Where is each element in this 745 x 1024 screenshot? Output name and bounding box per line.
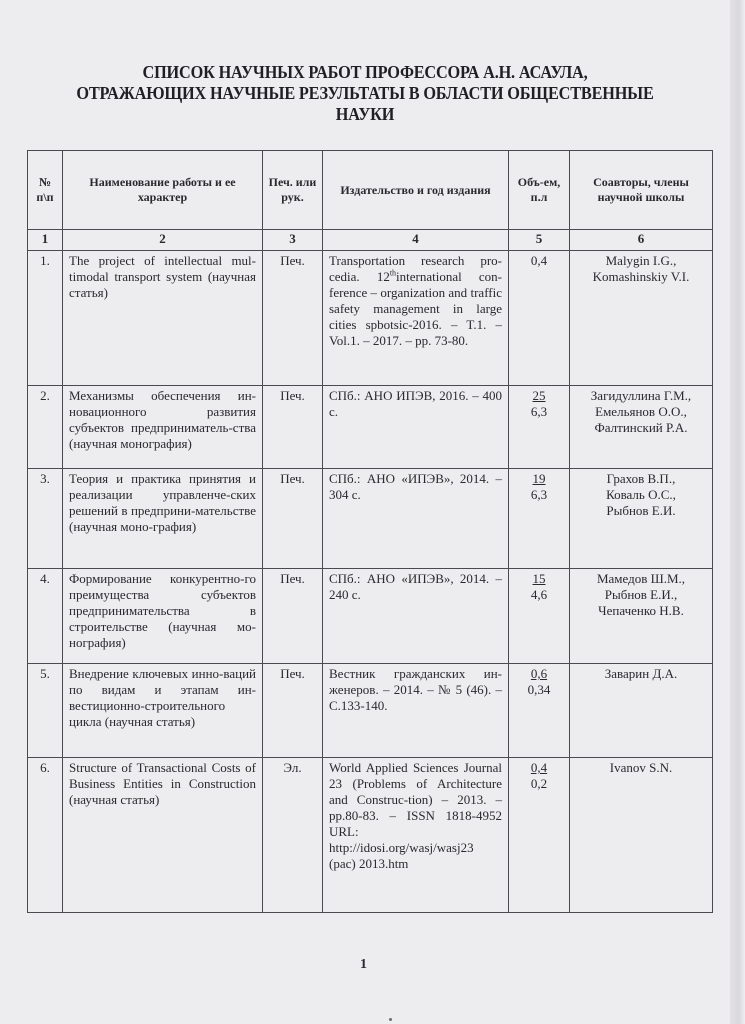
volume-total: 15 [515,571,563,587]
volume-author: 6,3 [531,487,547,502]
work-publisher: Transportation research pro-cedia. 12thi… [323,251,509,386]
work-title: Механизмы обеспечения ин-новационного ра… [63,386,263,469]
work-kind: Печ. [263,251,323,386]
work-title: The project of intellectual mul-timodal … [63,251,263,386]
volume-author: 0,34 [528,682,551,697]
header-title: Наименование работы и ее характер [63,151,263,230]
row-number: 5. [28,664,63,758]
table-row: 6. Structure of Transactional Costs of B… [28,758,713,913]
work-coauthors: Загидуллина Г.М., Емельянов О.О., Фалтин… [570,386,713,469]
page-number: 1 [360,957,367,973]
scan-speck [389,1018,392,1021]
header-volume: Объ-ем, п.л [509,151,570,230]
work-title: Structure of Transactional Costs of Busi… [63,758,263,913]
coauthor: Коваль О.С., [576,487,706,503]
volume-author: 0,2 [531,776,547,791]
work-kind: Печ. [263,469,323,569]
table-row: 4. Формирование конкурентно-го преимущес… [28,569,713,664]
coauthor: Ivanov S.N. [576,760,706,776]
work-volume: 19 6,3 [509,469,570,569]
row-number: 3. [28,469,63,569]
volume-total: 0,6 [515,666,563,682]
work-publisher: СПб.: АНО «ИПЭВ», 2014. – 240 с. [323,569,509,664]
work-coauthors: Мамедов Ш.М., Рыбнов Е.И., Чепаченко Н.В… [570,569,713,664]
work-coauthors: Ivanov S.N. [570,758,713,913]
volume-author: 6,3 [531,404,547,419]
work-coauthors: Заварин Д.А. [570,664,713,758]
header-kind: Печ. или рук. [263,151,323,230]
table-header-row: № п\п Наименование работы и ее характер … [28,151,713,230]
column-number-row: 1 2 3 4 5 6 [28,230,713,251]
work-publisher: World Applied Sciences Journal 23 (Probl… [323,758,509,913]
coauthor: Загидуллина Г.М., [576,388,706,404]
coauthor: Чепаченко Н.В. [576,603,706,619]
work-kind: Печ. [263,664,323,758]
coauthor: Рыбнов Е.И., [576,587,706,603]
document-title: СПИСОК НАУЧНЫХ РАБОТ ПРОФЕССОРА А.Н. АСА… [26,62,705,125]
work-publisher: Вестник гражданских ин-женеров. – 2014. … [323,664,509,758]
header-num: № п\п [28,151,63,230]
volume-total: 19 [515,471,563,487]
table-row: 5. Внедрение ключевых инно-ваций по вида… [28,664,713,758]
coauthor: Malygin I.G., [576,253,706,269]
work-kind: Печ. [263,386,323,469]
work-publisher: СПб.: АНО ИПЭВ, 2016. – 400 с. [323,386,509,469]
column-number: 5 [509,230,570,251]
table-row: 2. Механизмы обеспечения ин-новационного… [28,386,713,469]
column-number: 1 [28,230,63,251]
header-coauthors: Соавторы, члены научной школы [570,151,713,230]
work-title: Внедрение ключевых инно-ваций по видам и… [63,664,263,758]
column-number: 3 [263,230,323,251]
volume-total: 25 [515,388,563,404]
work-publisher: СПб.: АНО «ИПЭВ», 2014. – 304 с. [323,469,509,569]
work-volume: 0,4 [509,251,570,386]
column-number: 6 [570,230,713,251]
volume-author: 0,4 [531,253,547,268]
coauthor: Мамедов Ш.М., [576,571,706,587]
column-number: 2 [63,230,263,251]
work-kind: Печ. [263,569,323,664]
document-page: СПИСОК НАУЧНЫХ РАБОТ ПРОФЕССОРА А.Н. АСА… [0,0,730,1024]
work-title: Теория и практика принятия и реализации … [63,469,263,569]
work-volume: 0,4 0,2 [509,758,570,913]
row-number: 1. [28,251,63,386]
coauthor: Грахов В.П., [576,471,706,487]
row-number: 6. [28,758,63,913]
title-line-2: ОТРАЖАЮЩИХ НАУЧНЫЕ РЕЗУЛЬТАТЫ В ОБЛАСТИ … [26,83,705,104]
work-coauthors: Malygin I.G., Komashinskiy V.I. [570,251,713,386]
coauthor: Емельянов О.О., [576,404,706,420]
work-kind: Эл. [263,758,323,913]
title-line-3: НАУКИ [26,104,705,125]
row-number: 2. [28,386,63,469]
work-title: Формирование конкурентно-го преимущества… [63,569,263,664]
publications-table: № п\п Наименование работы и ее характер … [27,150,713,913]
column-number: 4 [323,230,509,251]
scan-edge-shadow [730,0,745,1024]
work-volume: 25 6,3 [509,386,570,469]
work-volume: 15 4,6 [509,569,570,664]
header-publisher: Издательство и год издания [323,151,509,230]
work-coauthors: Грахов В.П., Коваль О.С., Рыбнов Е.И. [570,469,713,569]
coauthor: Рыбнов Е.И. [576,503,706,519]
coauthor: Komashinskiy V.I. [576,269,706,285]
work-volume: 0,6 0,34 [509,664,570,758]
table-row: 3. Теория и практика принятия и реализац… [28,469,713,569]
coauthor: Заварин Д.А. [576,666,706,682]
table-row: 1. The project of intellectual mul-timod… [28,251,713,386]
title-line-1: СПИСОК НАУЧНЫХ РАБОТ ПРОФЕССОРА А.Н. АСА… [26,62,705,83]
volume-author: 4,6 [531,587,547,602]
row-number: 4. [28,569,63,664]
coauthor: Фалтинский Р.А. [576,420,706,436]
volume-total: 0,4 [515,760,563,776]
